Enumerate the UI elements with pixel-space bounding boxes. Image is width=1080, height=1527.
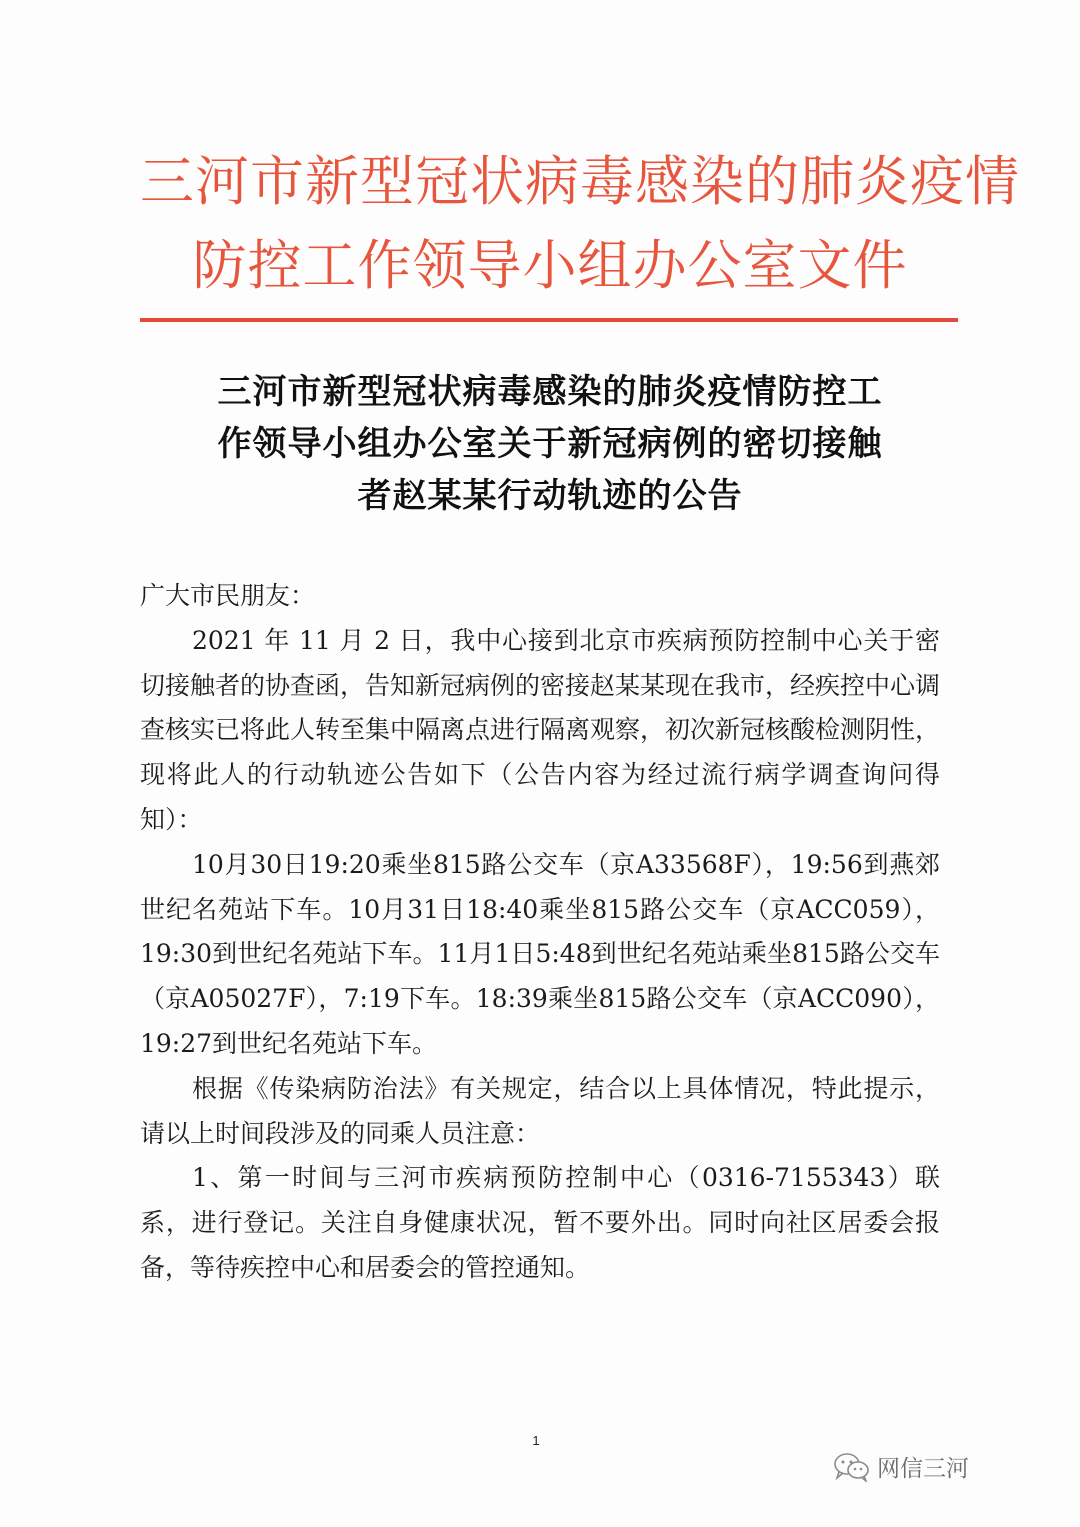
title-line-3: 者赵某某行动轨迹的公告 bbox=[140, 470, 960, 522]
salutation: 广大市民朋友： bbox=[140, 574, 940, 619]
title-line-1: 三河市新型冠状病毒感染的肺炎疫情防控工 bbox=[140, 366, 960, 418]
agency-header-line-1: 三河市新型冠状病毒感染的肺炎疫情 bbox=[140, 140, 960, 224]
document-body: 广大市民朋友： 2021 年 11 月 2 日，我中心接到北京市疾病预防控制中心… bbox=[140, 574, 940, 1291]
source-watermark: 网信三河 bbox=[833, 1450, 969, 1483]
paragraph-itinerary: 10月30日19:20乘坐815路公交车（京A33568F），19:56到燕郊世… bbox=[140, 843, 940, 1067]
wechat-icon bbox=[833, 1452, 871, 1482]
paragraph-legal-basis: 根据《传染病防治法》有关规定，结合以上具体情况，特此提示，请以上时间段涉及的同乘… bbox=[140, 1067, 940, 1157]
agency-header: 三河市新型冠状病毒感染的肺炎疫情 防控工作领导小组办公室文件 bbox=[140, 140, 960, 308]
paragraph-notice: 2021 年 11 月 2 日，我中心接到北京市疾病预防控制中心关于密切接触者的… bbox=[140, 619, 940, 843]
paragraph-instruction-1: 1、第一时间与三河市疾病预防控制中心（0316-7155343）联系，进行登记。… bbox=[140, 1156, 940, 1290]
title-line-2: 作领导小组办公室关于新冠病例的密切接触 bbox=[140, 418, 960, 470]
agency-header-line-2: 防控工作领导小组办公室文件 bbox=[140, 224, 960, 308]
document-title: 三河市新型冠状病毒感染的肺炎疫情防控工 作领导小组办公室关于新冠病例的密切接触 … bbox=[140, 366, 960, 522]
header-divider bbox=[140, 318, 958, 322]
watermark-text: 网信三河 bbox=[877, 1450, 969, 1483]
page-number: 1 bbox=[526, 1433, 546, 1448]
document-page: 三河市新型冠状病毒感染的肺炎疫情 防控工作领导小组办公室文件 三河市新型冠状病毒… bbox=[0, 0, 1080, 1527]
